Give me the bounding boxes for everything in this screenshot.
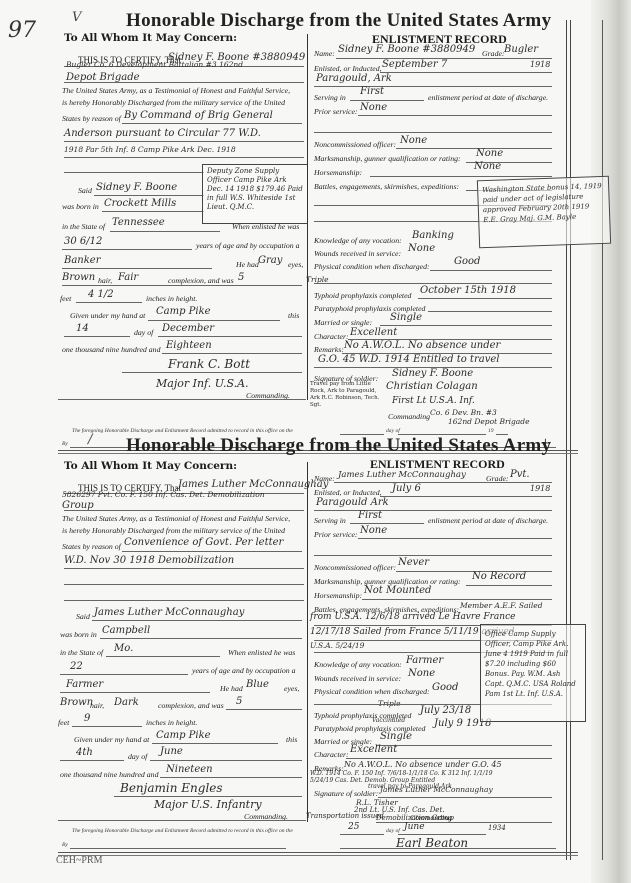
rule: [60, 760, 124, 761]
said-label: Said: [76, 612, 90, 621]
rule: [376, 822, 552, 823]
officer-title: First Lt U.S.A. Inf.: [392, 396, 475, 406]
eyes-label-post: eyes,: [288, 260, 303, 269]
remarks-value-2: G.O. 45 W.D. 1914 Entitled to travel: [318, 354, 499, 365]
rule: [100, 638, 302, 639]
rule: [152, 743, 278, 744]
rule: [92, 620, 302, 621]
column-separator: [307, 462, 308, 822]
day-label: day of: [128, 752, 147, 761]
serving-value: First: [360, 86, 384, 97]
by-label: By: [62, 441, 68, 447]
rule: [64, 584, 304, 585]
binding-rule: [566, 20, 571, 860]
certify-value-1: James Luther McConnaughay: [178, 479, 328, 490]
serving-label: Serving in: [314, 93, 346, 102]
rule: [158, 336, 302, 337]
rule: [122, 551, 302, 552]
admitted-year-value: 1934: [488, 824, 506, 832]
nco-label: Noncommissioned officer:: [314, 140, 396, 149]
prior-service-value: None: [360, 102, 387, 113]
rule: [60, 674, 188, 675]
nco-value: None: [400, 135, 427, 146]
rule: [340, 848, 556, 849]
born-label: was born in: [60, 630, 97, 639]
occupation-value: Farmer: [66, 679, 103, 690]
rule: [380, 496, 552, 497]
rule: [314, 510, 552, 511]
prior-service-label: Prior service:: [314, 530, 358, 539]
married-value: Single: [390, 312, 422, 323]
rule: [358, 115, 552, 116]
eyes-label-post: eyes,: [284, 684, 299, 693]
wounds-value: None: [408, 243, 435, 254]
rule: [358, 538, 552, 539]
admitted-year-prefix: 19: [488, 428, 494, 434]
height-feet-value: 5: [236, 696, 242, 707]
commanding-officer-title: Major Inf. U.S.A.: [156, 377, 249, 390]
soldier-signature-value: Sidney F. Boone: [392, 368, 473, 379]
battles-value-4: U.S.A. 5/24/19: [310, 641, 364, 650]
rule: [314, 555, 552, 556]
state-label: in the State of: [60, 648, 103, 657]
year-value: Eighteen: [166, 340, 212, 351]
certify-value-2: Bugler Co. 6 Development Battalion #3 16…: [66, 60, 243, 69]
payment-note-text: Deputy Zone Supply Officer Camp Pike Ark…: [207, 167, 303, 212]
remarks-value-2: W.D. 1914 Co. F. 150 Inf. 7/6/18-1/1/18 …: [310, 770, 493, 777]
remarks-label: Remarks:: [314, 345, 344, 354]
marksmanship-value: None: [476, 148, 503, 159]
knowledge-value: Farmer: [406, 655, 443, 666]
horsemanship-label: Horsemanship:: [314, 591, 362, 600]
year-label: one thousand nine hundred and: [62, 345, 160, 354]
rule: [58, 399, 306, 400]
wounds-label: Wounds received in service:: [314, 674, 401, 683]
column-separator: [307, 34, 308, 400]
check-mark: /: [88, 432, 92, 447]
rule: [226, 709, 302, 710]
year-label: one thousand nine hundred and: [60, 770, 158, 779]
character-value: Excellent: [350, 744, 397, 755]
said-value: James Luther McConnaughay: [94, 607, 244, 618]
enlisted-label: Enlisted, or Inducted,: [314, 488, 382, 497]
name-label: Name:: [314, 474, 335, 483]
reason-label: States by reason of: [62, 114, 121, 123]
said-label: Said: [78, 186, 92, 195]
grade-value: Bugler: [504, 44, 538, 55]
serving-value: First: [358, 510, 382, 521]
given-label: Given under my hand at: [74, 735, 149, 744]
eyes-value: Blue: [246, 679, 269, 690]
margin-page-number: 97: [8, 18, 36, 43]
physical-value: Good: [454, 256, 480, 267]
married-value: Single: [380, 731, 412, 742]
horsemanship-value: None: [474, 161, 501, 172]
rule: [76, 302, 142, 303]
er-commanding-label: Commanding: [410, 813, 452, 822]
er-commanding-value-2: 162nd Depot Brigade: [448, 417, 530, 426]
bottom-separator: [58, 852, 578, 856]
transport-note: Transportation issued: [306, 812, 384, 820]
rule: [122, 123, 302, 124]
complexion-value: Dark: [114, 697, 139, 708]
born-value: Campbell: [102, 625, 150, 636]
rule: [334, 482, 552, 483]
enlisted-at-value: Paragould Ark: [316, 497, 389, 508]
rule: [380, 325, 552, 326]
er-commanding-value: Co. 6 Dev. Bn. #3: [430, 408, 497, 417]
battles-label: Battles, engagements, skirmishes, expedi…: [314, 182, 459, 191]
travel-note: Travel pay from Little Rock, Ark to Para…: [310, 381, 380, 409]
admitted-to-record-text: The foregoing Honorable Discharge and En…: [72, 828, 293, 834]
check-mark: V: [72, 10, 81, 25]
reason-value-1: By Command of Brig General: [124, 110, 273, 121]
reason-value-1: Convenience of Govt. Per letter: [124, 537, 283, 548]
rule: [314, 132, 552, 133]
physical-value: Good: [432, 682, 458, 693]
rule: [150, 760, 302, 761]
hair-label: hair,: [90, 701, 104, 710]
name-value: James Luther McConnaughay: [338, 470, 466, 480]
this-label: this: [286, 735, 297, 744]
payment-note: Office Camp Supply Officer, Camp Pike Ar…: [480, 624, 586, 722]
physical-label: Physical condition when discharged:: [314, 687, 430, 696]
said-value: Sidney F. Boone: [96, 182, 177, 193]
marksmanship-label: Marksmanship, gunner qualification or ra…: [314, 154, 461, 163]
wounds-value: None: [408, 668, 435, 679]
name-label: Name:: [314, 49, 335, 58]
hair-label: hair,: [98, 276, 112, 285]
payment-note-text: Office Camp Supply Officer, Camp Pike Ar…: [485, 629, 581, 699]
age-label: years of age and by occupation a: [196, 241, 300, 250]
prior-service-label: Prior service:: [314, 107, 358, 116]
horsemanship-label: Horsemanship:: [314, 168, 362, 177]
rule: [340, 834, 384, 835]
nco-label: Noncommissioned officer:: [314, 563, 396, 572]
character-label: Character:: [314, 750, 349, 759]
rule: [122, 372, 302, 373]
rule: [64, 568, 304, 569]
rule: [64, 141, 304, 142]
born-value: Crockett Mills: [104, 198, 176, 209]
height-inches-value: 9: [84, 713, 90, 724]
age-value: 22: [70, 661, 83, 672]
rule: [64, 172, 204, 173]
typhoid-value: October 15th 1918: [420, 285, 516, 296]
complexion-value: Fair: [118, 272, 138, 283]
prior-service-value: None: [360, 525, 387, 536]
enlisted-age-label: When enlisted he was: [228, 648, 295, 657]
reason-value-2: W.D. Nov 30 1918 Demobilization: [64, 555, 234, 566]
rule: [466, 585, 552, 586]
rule: [370, 176, 552, 177]
rule: [64, 157, 304, 158]
complexion-label: complexion, and was: [158, 701, 224, 710]
grade-value: Pvt.: [510, 469, 530, 480]
commanding-officer-title: Major U.S. Infantry: [154, 798, 262, 811]
month-value: June: [160, 746, 183, 757]
inches-label: inches in height.: [146, 718, 197, 727]
certify-value-2: 5826297 Pvt. Co. F. 150 Inf. Cas. Det. D…: [62, 490, 265, 499]
given-place: Camp Pike: [156, 306, 211, 317]
occupation-value: Banker: [64, 255, 101, 266]
testimonial-line-1: The United States Army, as a Testimonial…: [62, 514, 290, 523]
rule: [346, 758, 552, 759]
rule: [418, 298, 552, 299]
typhoid-value: July 23/18: [420, 705, 471, 716]
grade-label: Grade:: [482, 49, 505, 58]
eyes-value: Gray: [258, 255, 282, 266]
salutation: To All Whom It May Concern:: [64, 32, 237, 44]
rule: [350, 100, 424, 101]
complexion-label: complexion, and was: [168, 276, 234, 285]
rule: [106, 656, 220, 657]
age-value: 30 6/12: [64, 236, 102, 247]
serving-post-label: enlistment period at date of discharge.: [428, 516, 548, 525]
age-label: years of age and by occupation a: [192, 666, 296, 675]
rule: [102, 211, 204, 212]
remarks-value-1: No A.W.O.L. No absence under: [344, 340, 500, 351]
officer-signature: Christian Colagan: [386, 381, 478, 392]
feet-label: feet: [60, 294, 71, 303]
state-value: Mo.: [114, 643, 133, 654]
rule: [160, 777, 302, 778]
wounds-label: Wounds received in service:: [314, 249, 401, 258]
month-value: December: [162, 323, 214, 334]
this-label: this: [288, 311, 299, 320]
character-value: Excellent: [350, 327, 397, 338]
form-title: Honorable Discharge from the United Stat…: [126, 10, 551, 32]
rule: [70, 848, 286, 849]
binding-rule-outer: [602, 20, 603, 860]
day-value: 14: [76, 323, 89, 334]
payment-note: Deputy Zone Supply Officer Camp Pike Ark…: [202, 164, 308, 224]
enlisted-at-value: Paragould, Ark: [316, 73, 392, 84]
admitted-day-value: 25: [348, 822, 359, 832]
day-label: day of: [134, 328, 153, 337]
hair-value: Brown: [60, 697, 93, 708]
knowledge-label: Knowledge of any vocation:: [314, 236, 402, 245]
rule: [62, 249, 192, 250]
state-label: in the State of: [62, 222, 105, 231]
height-inches-value: 4 1/2: [88, 289, 114, 300]
serving-label: Serving in: [314, 516, 346, 525]
enlisted-value: September 7: [382, 59, 447, 70]
testimonial-line-2: is hereby Honorably Discharged from the …: [62, 526, 285, 535]
rule: [314, 283, 552, 284]
typhoid-label: Typhoid prophylaxis completed: [314, 291, 411, 300]
knowledge-label: Knowledge of any vocation:: [314, 660, 402, 669]
rule: [376, 745, 552, 746]
rule: [64, 336, 130, 337]
physical-label: Physical condition when discharged:: [314, 262, 430, 271]
given-label: Given under my hand at: [70, 311, 145, 320]
rule: [362, 599, 552, 600]
hair-value: Brown: [62, 272, 95, 283]
paratyphoid-note: Vaccinated: [372, 717, 405, 724]
rule: [162, 353, 302, 354]
rule: [380, 72, 552, 73]
rule: [64, 510, 304, 511]
marksmanship-value: No Record: [472, 571, 526, 582]
name-value: Sidney F. Boone #3880949: [338, 44, 475, 55]
rule: [378, 797, 552, 798]
day-value: 4th: [76, 747, 93, 758]
height-feet-value: 5: [238, 272, 244, 283]
eyes-label: He had: [220, 684, 243, 693]
year-value: Nineteen: [166, 764, 213, 775]
reason-value-3: 1918 Par 5th Inf. 8 Camp Pike Ark Dec. 1…: [64, 145, 236, 154]
bonus-note: Washington State bonus 14, 1919 paid und…: [477, 176, 611, 249]
horsemanship-value: Not Mounted: [364, 585, 431, 596]
form-title: Honorable Discharge from the United Stat…: [126, 435, 551, 457]
given-place: Camp Pike: [156, 730, 211, 741]
commanding-officer-signature: Benjamin Engles: [120, 781, 223, 795]
rule: [430, 270, 552, 271]
bonus-note-text: Washington State bonus 14, 1919 paid und…: [482, 181, 605, 225]
rule: [398, 834, 486, 835]
rule: [314, 86, 552, 87]
er-commanding-label: Commanding: [388, 412, 430, 421]
testimonial-line-1: The United States Army, as a Testimonial…: [62, 86, 290, 95]
serving-post-label: enlistment period at date of discharge.: [428, 93, 548, 102]
remarks-value-1: No A.W.O.L. No absence under G.O. 45: [344, 760, 502, 769]
rule: [110, 231, 220, 232]
enlisted-value: July 6: [392, 483, 421, 494]
rule: [114, 796, 302, 797]
reason-value-2: Anderson pursuant to Circular 77 W.D.: [64, 128, 261, 139]
battles-value-2: from U.S.A. 12/6/18 arrived Le Havre Fra…: [310, 612, 515, 622]
rule: [396, 148, 552, 149]
admitted-to-record-text: The foregoing Honorable Discharge and En…: [72, 428, 293, 434]
testimonial-line-2: is hereby Honorably Discharged from the …: [62, 98, 285, 107]
rule: [64, 82, 304, 83]
reason-label: States by reason of: [62, 542, 121, 551]
rule: [428, 311, 552, 312]
eyes-label: He had: [236, 260, 259, 269]
rule: [94, 195, 204, 196]
married-label: Married or single:: [314, 318, 372, 327]
feet-label: feet: [58, 718, 69, 727]
rule: [62, 268, 212, 269]
rule: [62, 285, 302, 286]
state-value: Tennessee: [112, 217, 165, 228]
enlisted-year: 1918: [530, 484, 550, 493]
watermark: CEH~PRM: [56, 855, 103, 866]
admitted-month-value: June: [404, 822, 425, 832]
battles-value-1: Member A.E.F. Sailed: [460, 601, 543, 610]
rule: [72, 726, 142, 727]
born-label: was born in: [62, 202, 99, 211]
inches-label: inches in height.: [146, 294, 197, 303]
rule: [64, 600, 304, 601]
nco-value: Never: [398, 557, 429, 568]
salutation: To All Whom It May Concern:: [64, 460, 237, 472]
enlisted-year: 1918: [530, 60, 550, 69]
rule: [350, 523, 424, 524]
by-label: By: [62, 842, 68, 848]
rule: [60, 692, 210, 693]
soldier-signature-value: James Luther McConnaughay: [380, 785, 493, 794]
enlisted-label: Enlisted, or Inducted,: [314, 64, 382, 73]
rule: [58, 820, 306, 821]
knowledge-value: Banking: [412, 230, 454, 241]
commanding-officer-signature: Frank C. Bott: [168, 357, 250, 371]
rule: [148, 320, 280, 321]
soldier-signature-label: Signature of soldier:: [314, 789, 378, 798]
scan-edge-shadow: [591, 0, 631, 883]
